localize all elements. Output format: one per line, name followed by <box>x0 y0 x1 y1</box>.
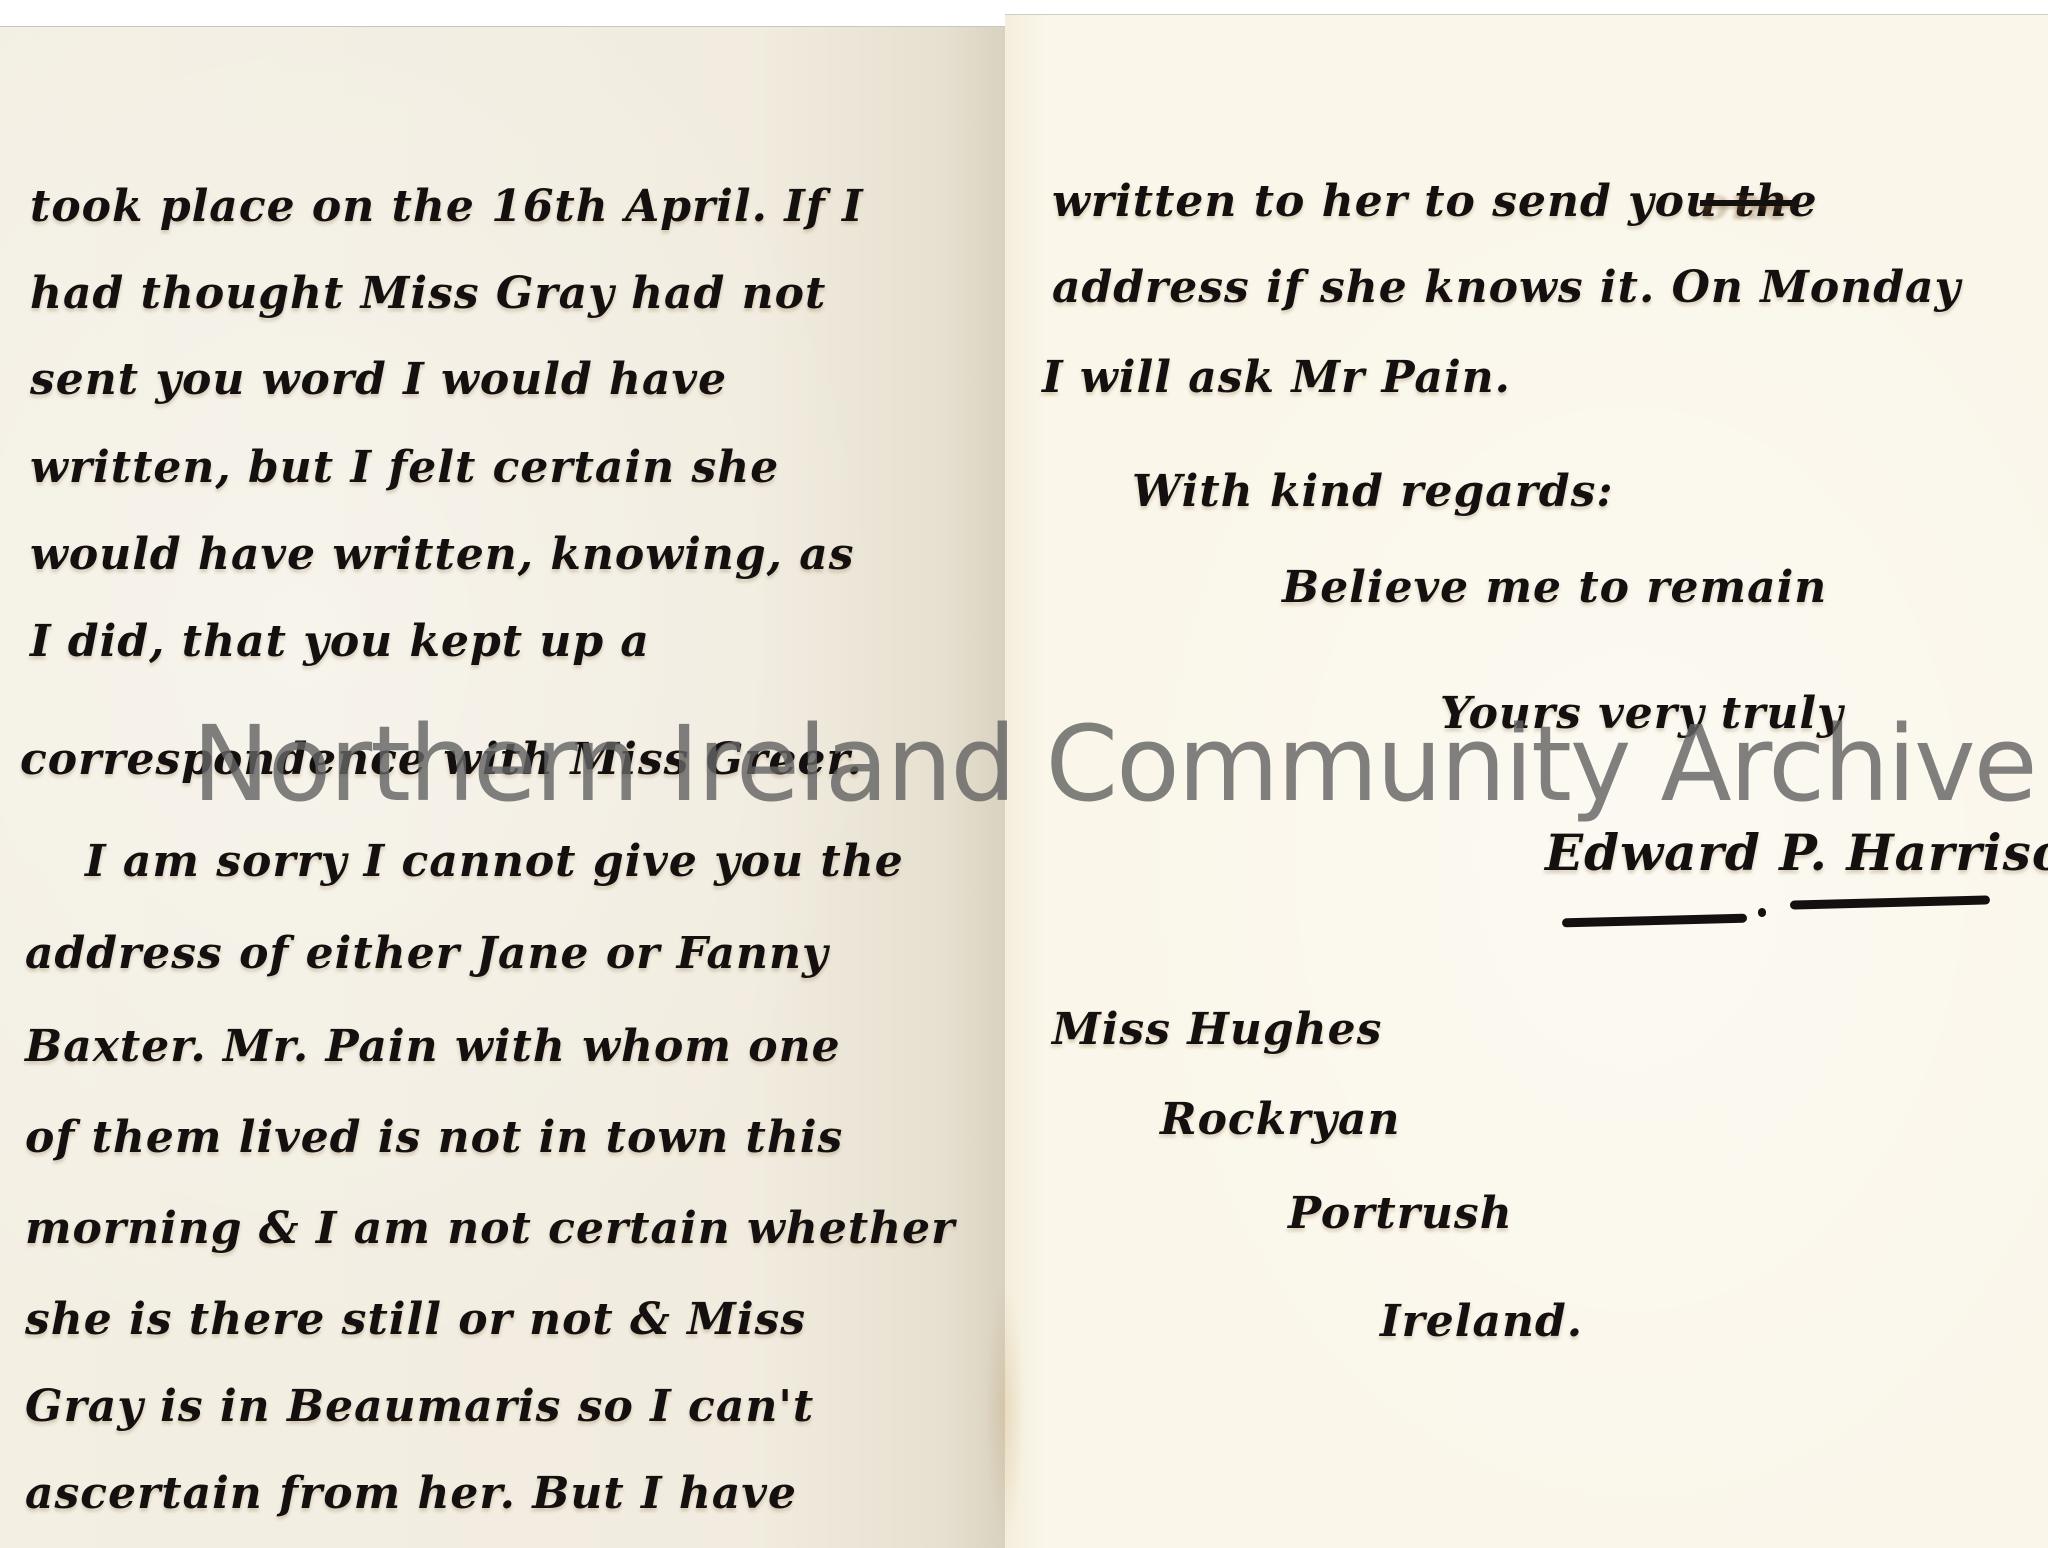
left-line-13: she is there still or not & Miss <box>25 1298 806 1342</box>
archive-watermark: Northern Ireland Community Archive <box>192 712 2036 816</box>
left-line-11: of them lived is not in town this <box>25 1116 843 1160</box>
right-line-3: I will ask Mr Pain. <box>1042 356 1511 400</box>
address-country: Ireland. <box>1380 1300 1583 1344</box>
left-line-8: I am sorry I cannot give you the <box>85 840 904 884</box>
left-line-5: would have written, knowing, as <box>30 533 855 577</box>
left-line-10: Baxter. Mr. Pain with whom one <box>25 1025 841 1069</box>
fold-stain <box>985 1280 1025 1540</box>
address-house: Rockryan <box>1160 1098 1400 1142</box>
right-line-2: address if she knows it. On Monday <box>1052 266 1961 310</box>
left-line-6: I did, that you kept up a <box>30 620 650 664</box>
signature: Edward P. Harrison <box>1545 828 2048 878</box>
left-line-4: written, but I felt certain she <box>30 446 779 490</box>
left-line-15: ascertain from her. But I have <box>25 1472 797 1516</box>
left-line-2: had thought Miss Gray had not <box>30 272 826 316</box>
left-line-14: Gray is in Beaumaris so I can't <box>25 1385 814 1429</box>
left-line-3: sent you word I would have <box>30 358 727 402</box>
left-line-9: address of either Jane or Fanny <box>25 932 829 976</box>
closing-believe-me: Believe me to remain <box>1282 566 1827 610</box>
struck-out-word: one <box>1700 180 1792 224</box>
address-name: Miss Hughes <box>1052 1008 1382 1052</box>
signature-underline-dot <box>1758 908 1766 917</box>
left-line-1: took place on the 16th April. If I <box>30 185 864 229</box>
letter-scan: took place on the 16th April. If I had t… <box>0 0 2048 1548</box>
closing-regards: With kind regards: <box>1132 470 1614 514</box>
address-town: Portrush <box>1288 1192 1513 1236</box>
left-line-12: morning & I am not certain whether <box>25 1207 955 1251</box>
